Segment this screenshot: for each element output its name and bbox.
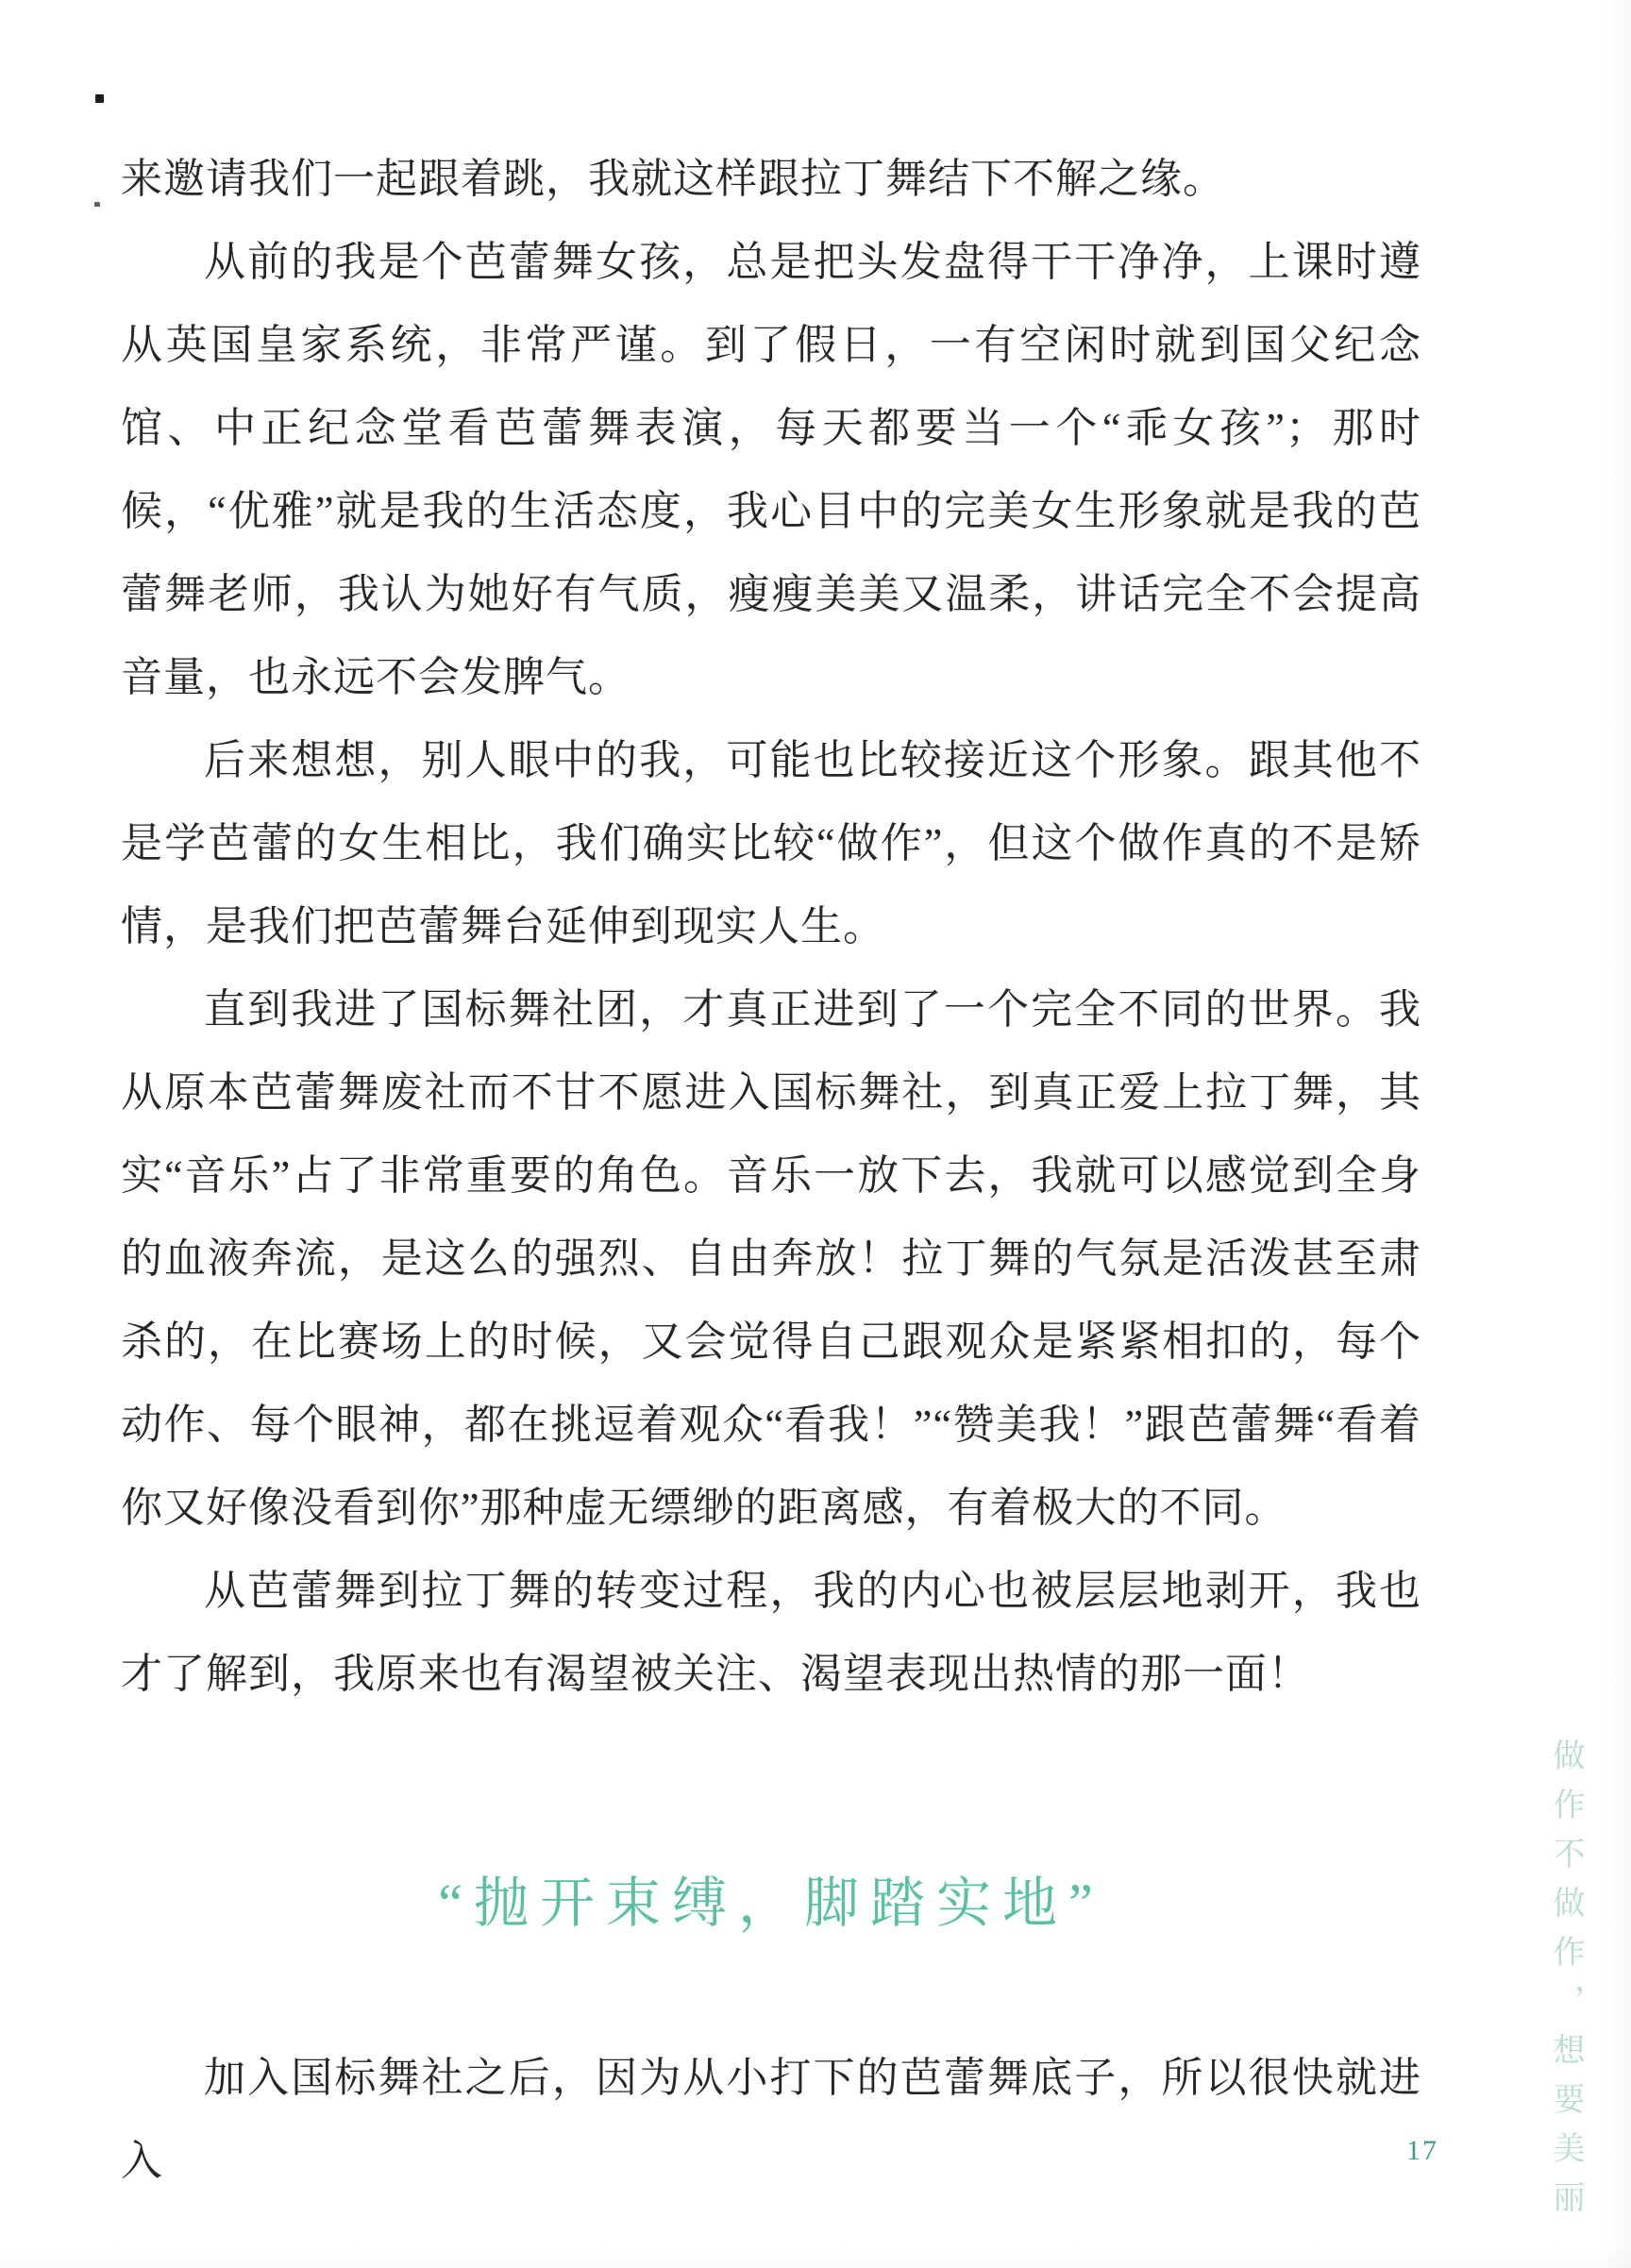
post-heading-paragraph-block: 加入国标舞社之后，因为从小打下的芭蕾舞底子，所以很快就进入 [121, 2037, 1421, 2203]
paragraph-continuation: 来邀请我们一起跟着跳，我就这样跟拉丁舞结下不解之缘。 [121, 138, 1421, 221]
paragraph: 加入国标舞社之后，因为从小打下的芭蕾舞底子，所以很快就进入 [121, 2037, 1421, 2203]
section-heading: “抛开束缚，脚踏实地” [121, 1852, 1421, 1956]
paragraph: 直到我进了国标舞社团，才真正进到了一个完全不同的世界。我从原本芭蕾舞废社而不甘不… [121, 968, 1421, 1550]
paragraph: 从芭蕾舞到拉丁舞的转变过程，我的内心也被层层地剥开，我也才了解到，我原来也有渴望… [121, 1550, 1421, 1716]
page-number: 17 [1406, 2135, 1438, 2167]
body-text-block: 来邀请我们一起跟着跳，我就这样跟拉丁舞结下不解之缘。 从前的我是个芭蕾舞女孩，总… [121, 138, 1421, 1716]
scan-speck [95, 94, 104, 103]
sidebar-vertical-chapter-title: 做作不做作，想要美丽 [1542, 1739, 1589, 2229]
paragraph: 从前的我是个芭蕾舞女孩，总是把头发盘得干干净净，上课时遵从英国皇家系统，非常严谨… [121, 221, 1421, 719]
book-page: 来邀请我们一起跟着跳，我就这样跟拉丁舞结下不解之缘。 从前的我是个芭蕾舞女孩，总… [0, 0, 1631, 2268]
paragraph: 后来想想，别人眼中的我，可能也比较接近这个形象。跟其他不是学芭蕾的女生相比，我们… [121, 719, 1421, 968]
scan-speck [94, 202, 100, 207]
